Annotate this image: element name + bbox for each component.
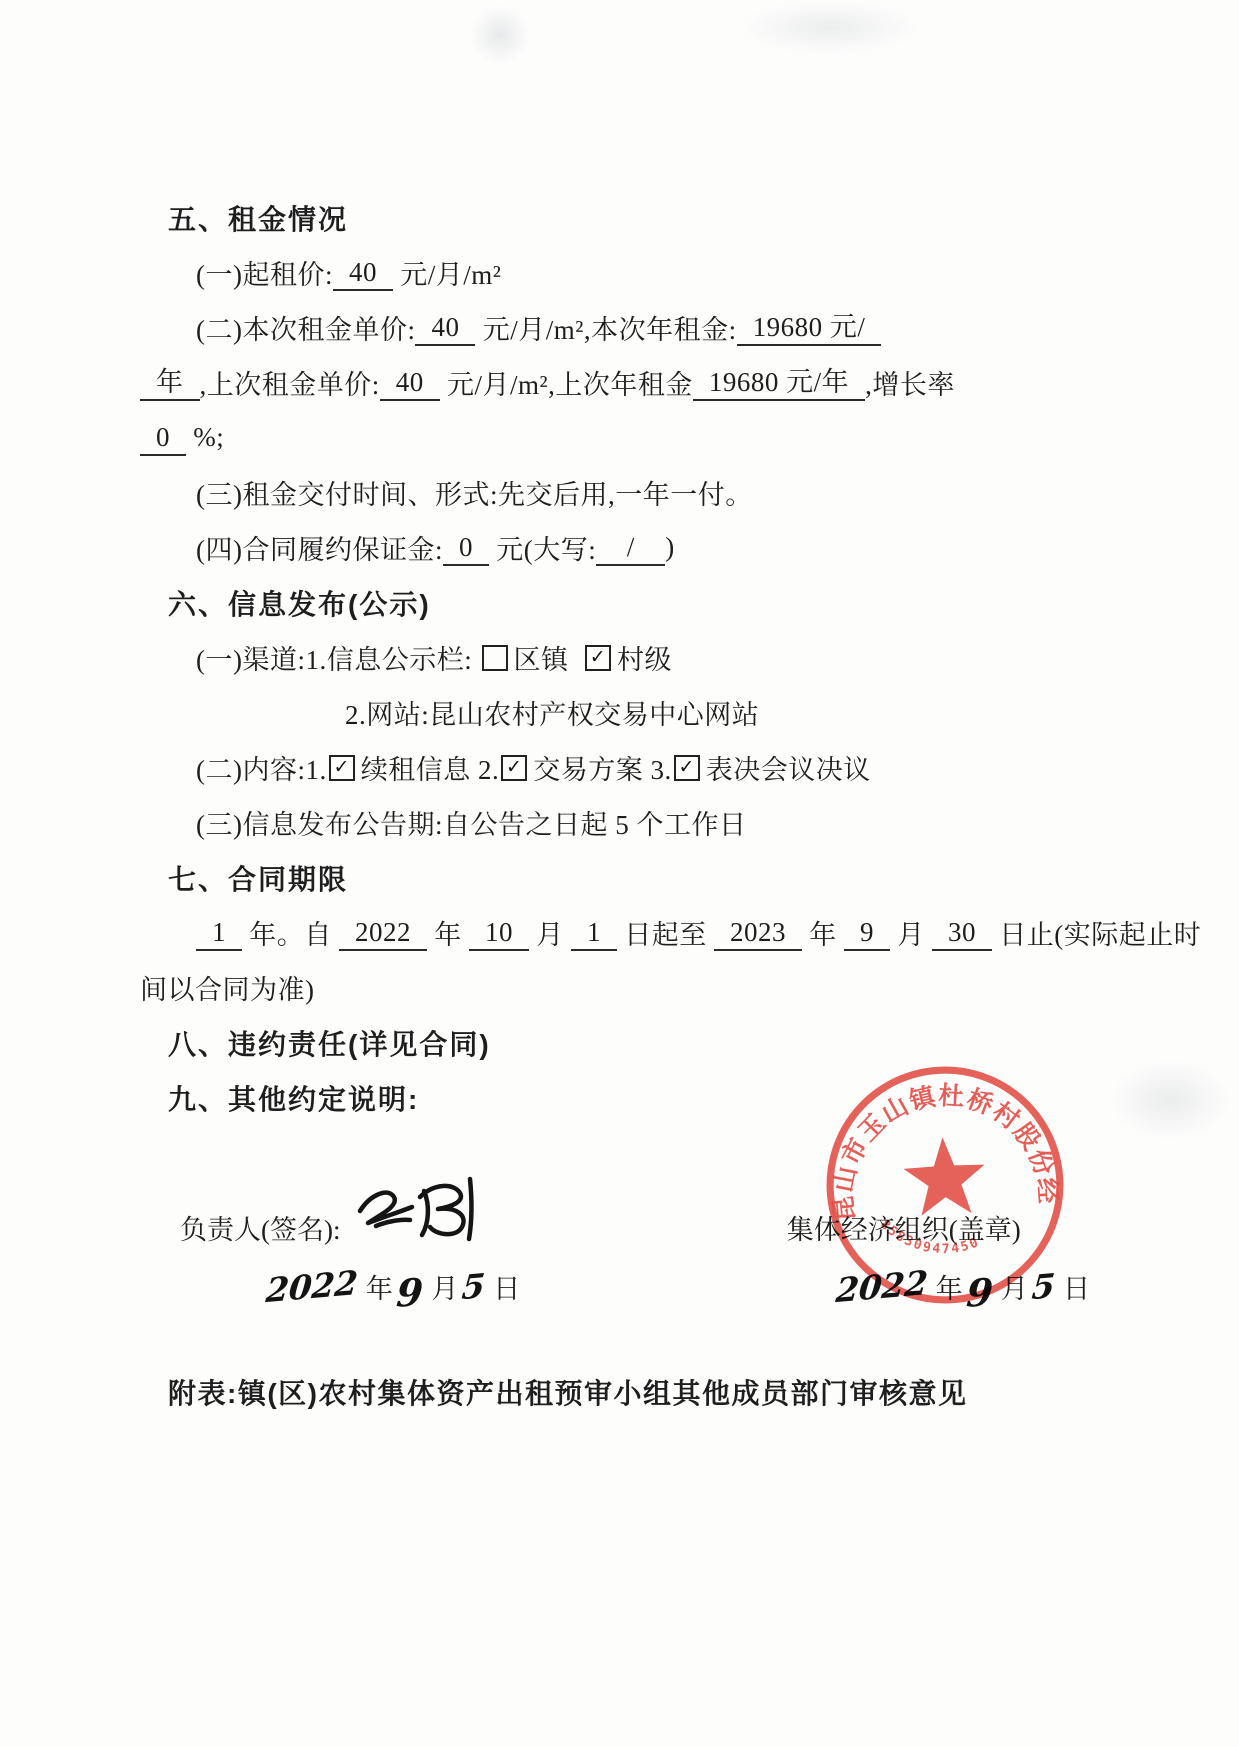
doc-line: 1 年。自 2022 年 10 月 1 日起至 2023 年 9 月 30 日止… <box>140 905 1010 960</box>
blank-value: 19680 元/年 <box>693 365 865 401</box>
doc-line: 六、信息发布(公示) <box>140 575 1010 630</box>
date-label: 日 <box>493 1267 520 1306</box>
doc-line: (二)本次租金单价:40 元/月/m²,本次年租金:19680 元/ <box>140 300 1010 355</box>
doc-line: 七、合同期限 <box>140 850 1010 905</box>
text-segment: (二)本次租金单价: <box>196 308 415 347</box>
doc-line: (一)渠道:1.信息公示栏: 区镇 ✓村级 <box>140 630 1010 685</box>
doc-line: 五、租金情况 <box>140 190 1010 245</box>
text-segment: (三)信息发布公告期:自公告之日起 5 个工作日 <box>196 803 746 842</box>
doc-lines: 五、租金情况(一)起租价:40 元/月/m²(二)本次租金单价:40 元/月/m… <box>140 190 1010 1125</box>
doc-line: (四)合同履约保证金:0 元(大写: / ) <box>140 520 1010 575</box>
text-segment: ,增长率 <box>865 363 955 402</box>
date-label: 月 <box>1001 1267 1028 1306</box>
text-segment: 交易方案 3. <box>533 748 672 787</box>
handwritten-signature <box>354 1171 484 1257</box>
blank-value: 0 <box>443 530 489 566</box>
scanned-document-page: 五、租金情况(一)起租价:40 元/月/m²(二)本次租金单价:40 元/月/m… <box>0 0 1239 1747</box>
text-segment: 日起至 <box>617 913 714 952</box>
blank-value: 0 <box>140 420 186 456</box>
text-segment: 月 <box>529 913 571 952</box>
scan-smudge <box>470 5 530 65</box>
organization-block: 集体经济组织(盖章) 2022 年 9 月 5 日 <box>787 1197 1090 1314</box>
doc-line: (三)信息发布公告期:自公告之日起 5 个工作日 <box>140 795 1010 850</box>
responsible-person-label: 负责人(签名): <box>180 1208 340 1247</box>
text-segment: (四)合同履约保证金: <box>196 528 443 567</box>
blank-value: 10 <box>469 915 529 951</box>
text-segment: 六、信息发布(公示) <box>168 583 431 623</box>
doc-line: (三)租金交付时间、形式:先交后用,一年一付。 <box>140 465 1010 520</box>
text-segment: 年。自 <box>242 913 339 952</box>
doc-line: (一)起租价:40 元/月/m² <box>140 245 1010 300</box>
text-segment: (一)起租价: <box>196 253 333 292</box>
doc-line: (二)内容:1.✓续租信息 2.✓交易方案 3.✓表决会议决议 <box>140 740 1010 795</box>
text-segment: 元/月/m²,上次年租金 <box>440 363 693 402</box>
doc-line: 间以合同为准) <box>140 960 1010 1015</box>
text-segment: (二)内容:1. <box>196 748 327 787</box>
doc-line: 0 %; <box>140 410 1010 465</box>
handwritten-day: 5 <box>461 1266 487 1307</box>
scan-smudge <box>740 0 920 55</box>
text-segment: 2.网站:昆山农村产权交易中心网站 <box>345 693 759 732</box>
blank-value: / <box>596 530 665 566</box>
text-segment: ) <box>665 532 675 563</box>
blank-value: 30 <box>932 915 992 951</box>
checkbox-unchecked-icon <box>482 645 508 671</box>
left-date-line: 2022 年 9 月 5 日 <box>262 1259 520 1314</box>
signature-section: 负责人(签名): 2022 年 9 月 <box>140 1197 1090 1314</box>
blank-value: 40 <box>333 255 393 291</box>
date-label: 日 <box>1063 1267 1090 1306</box>
text-segment: 年 <box>427 913 469 952</box>
text-segment: 表决会议决议 <box>706 748 871 787</box>
blank-value: 1 <box>196 915 242 951</box>
organization-seal-label: 集体经济组织(盖章) <box>787 1208 1021 1247</box>
checkbox-checked-icon: ✓ <box>674 755 700 781</box>
text-segment: 元/月/m² <box>393 253 501 292</box>
text-segment: 区镇 <box>514 638 584 677</box>
date-label: 年 <box>936 1267 963 1306</box>
text-segment: (三)租金交付时间、形式:先交后用,一年一付。 <box>196 473 753 512</box>
blank-value: 9 <box>844 915 890 951</box>
blank-value: 2022 <box>339 915 427 951</box>
doc-line: 年,上次租金单价:40 元/月/m²,上次年租金19680 元/年,增长率 <box>140 355 1010 410</box>
text-segment: 元(大写: <box>489 528 596 567</box>
text-segment: 七、合同期限 <box>168 858 348 898</box>
text-segment: %; <box>186 422 224 453</box>
blank-value: 1 <box>571 915 617 951</box>
checkbox-checked-icon: ✓ <box>501 755 527 781</box>
text-segment: 九、其他约定说明: <box>168 1078 419 1118</box>
right-date-line: 2022 年 9 月 5 日 <box>832 1259 1090 1314</box>
text-segment: 日止(实际起止时 <box>992 913 1201 952</box>
text-segment: (一)渠道:1.信息公示栏: <box>196 638 480 677</box>
checkbox-checked-icon: ✓ <box>585 645 611 671</box>
doc-line: 八、违约责任(详见合同) <box>140 1015 1010 1070</box>
handwritten-month: 9 <box>965 1269 995 1315</box>
blank-value: 2023 <box>714 915 802 951</box>
blank-value: 年 <box>140 365 200 401</box>
date-label: 月 <box>431 1267 458 1306</box>
document-body: 五、租金情况(一)起租价:40 元/月/m²(二)本次租金单价:40 元/月/m… <box>140 190 1010 1412</box>
checkbox-checked-icon: ✓ <box>329 755 355 781</box>
handwritten-day: 5 <box>1030 1266 1056 1307</box>
handwritten-month: 9 <box>395 1269 425 1315</box>
doc-line: 2.网站:昆山农村产权交易中心网站 <box>140 685 1010 740</box>
handwritten-year: 2022 <box>834 1263 929 1310</box>
text-segment: 五、租金情况 <box>168 198 348 238</box>
date-label: 年 <box>366 1267 393 1306</box>
text-segment: 村级 <box>617 638 672 677</box>
text-segment: 续租信息 2. <box>361 748 500 787</box>
handwritten-year: 2022 <box>264 1263 359 1310</box>
blank-value: 19680 元/ <box>737 310 882 346</box>
scan-smudge <box>1110 1060 1230 1140</box>
blank-value: 40 <box>415 310 475 346</box>
responsible-person-block: 负责人(签名): 2022 年 9 月 <box>180 1197 520 1314</box>
blank-value: 40 <box>380 365 440 401</box>
text-segment: 元/月/m²,本次年租金: <box>475 308 736 347</box>
text-segment: 间以合同为准) <box>140 968 315 1007</box>
text-segment: 年 <box>802 913 844 952</box>
appendix-note: 附表:镇(区)农村集体资产出租预审小组其他成员部门审核意见 <box>140 1372 1010 1412</box>
text-segment: ,上次租金单价: <box>200 363 380 402</box>
text-segment: 八、违约责任(详见合同) <box>168 1023 491 1063</box>
doc-line: 九、其他约定说明: <box>140 1070 1010 1125</box>
text-segment: 月 <box>890 913 932 952</box>
